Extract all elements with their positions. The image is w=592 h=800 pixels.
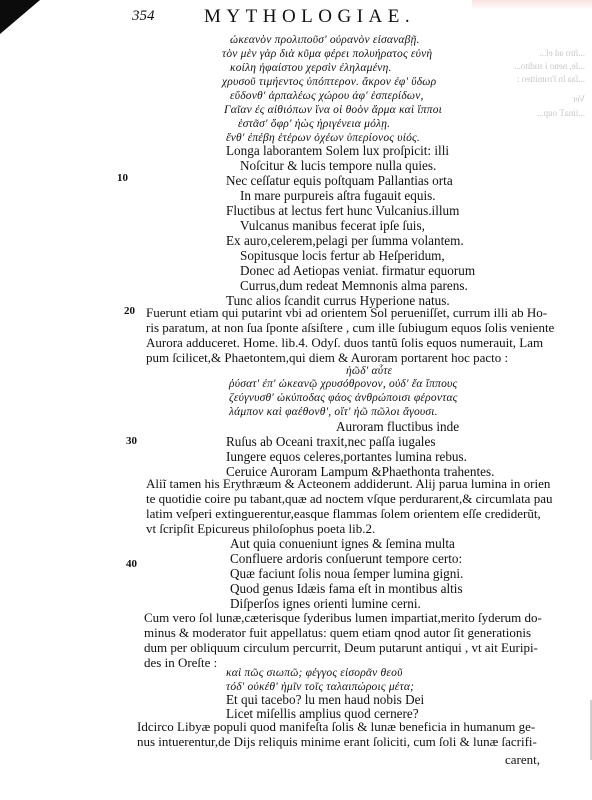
text-line: ῥύσατ' ἐπ' ὠκεανῷ χρυσόθρονον, οὐδ' ἔα ἵ… xyxy=(229,377,457,392)
text-line: κοίλη ἡφαίστου χερσὶν ἐληλαμένη. xyxy=(230,61,392,76)
bleed-through-text: ...ſtro ad eſ... xyxy=(445,48,585,58)
text-line: ὠκεανὸν προλιποῦσ' οὐρανὸν εἰσαναβῇ. xyxy=(230,33,420,48)
bleed-through-text: ...iinaT oup... xyxy=(445,108,585,118)
text-line: Donec ad Aetiopas veniat. firmatur equor… xyxy=(240,263,475,278)
text-line: latim veſperi extinguerentur,easque flam… xyxy=(146,506,541,521)
text-line: Noſcitur & lucis tempore nulla quies. xyxy=(240,158,436,173)
text-line: εὕδονθ' ἁρπαλέως χώρου ἀφ' ἑσπερίδων, xyxy=(230,89,424,104)
text-line: ἑστᾶσ' ὄφρ' ἠὼς ἠριγένεια μόλῃ. xyxy=(238,117,390,132)
text-line: minus & moderator fuit appellatus: quem … xyxy=(144,625,531,640)
text-line: Sopitusque locis fertur ab Heſperidum, xyxy=(240,248,445,263)
bleed-through-text: Ver xyxy=(445,94,585,104)
text-line: Aliĩ tamen his Erythræum & Acteonem addi… xyxy=(146,476,550,491)
catchword: carent, xyxy=(505,752,540,767)
text-line: Quod genus Idæis fama eſt in montibus al… xyxy=(230,581,463,596)
margin-line-number: 30 xyxy=(126,435,137,447)
text-line: pum ſcilicet,& Phaetontem,qui diem & Aur… xyxy=(146,350,508,365)
text-line: ris paratum, at non ſua ſponte aſsiſtere… xyxy=(146,320,554,335)
text-line: Cum vero ſol lunæ,cæterisque ſyderibus l… xyxy=(144,610,542,625)
text-line: des in Oreſte : xyxy=(144,655,217,670)
text-line: ζεύγνυσθ' ὠκύποδας φάος ἀνθρώποισι φέρον… xyxy=(229,391,458,406)
text-line: dum per obliquum circulum percurrit, Deu… xyxy=(144,640,538,655)
text-line: te quotidie coire pu tabant,quæ ad nocte… xyxy=(146,491,552,506)
margin-line-number: 40 xyxy=(126,558,137,570)
text-line: In mare purpureis aſtra fugauit equis. xyxy=(240,188,436,203)
text-line: Diſperſos ignes orienti lumine cerni. xyxy=(230,596,421,611)
scan-shadow-corner xyxy=(0,0,40,34)
text-line: Idcirco Libyæ populi quod manifeſta ſoli… xyxy=(137,719,535,734)
bleed-through-text: ...ſaa ln l'romitteo : xyxy=(445,74,585,84)
text-line: Auroram fluctibus inde xyxy=(336,419,459,434)
text-line: τὸν μὲν γὰρ διὰ κῦμα φέρει πολυήρατος εὐ… xyxy=(222,47,432,62)
text-line: Ruſus ab Oceani traxit,nec paſſa iugales xyxy=(226,434,435,449)
text-line: Aurora adduceret. Home. lib.4. Odyſ. duo… xyxy=(146,335,543,350)
text-line: Fluctibus at lectus fert hunc Vulcanius.… xyxy=(226,203,459,218)
text-line: καὶ πῶς σιωπῶ; φέγγος εἰσορᾶν θεοῦ xyxy=(226,666,403,681)
text-line: Fuerunt etiam qui putarint vbi ad orient… xyxy=(146,305,547,320)
bleed-through-text: ...ſe, neno i sudito... xyxy=(445,61,585,71)
page-number: 354 xyxy=(132,8,155,25)
text-line: nus intuerentur,de Dijs reliquis minime … xyxy=(137,734,537,749)
margin-line-number: 20 xyxy=(124,305,135,317)
text-line: Et qui tacebo? lu men haud nobis Dei xyxy=(226,692,424,707)
text-line: Γαῖαν ἐς αἰθιόπων ἵνα οἱ θοὸν ἅρμα καὶ ἵ… xyxy=(224,103,442,118)
running-head: MYTHOLOGIAE. xyxy=(204,6,415,28)
margin-line-number: 10 xyxy=(117,172,128,184)
text-line: vt ſcripſit Epicureus philoſophus poeta … xyxy=(146,521,375,536)
text-line: λάμπον καὶ φαέθονθ', οἵτ' ἠῶ πῶλοι ἄγουσ… xyxy=(229,405,438,420)
page-header: 354 MYTHOLOGIAE. xyxy=(132,6,532,30)
text-line: Currus,dum redeat Memnonis alma parens. xyxy=(240,278,468,293)
text-line: Vulcanus manibus fecerat ipſe ſuis, xyxy=(240,218,425,233)
text-line: Confluere ardoris conſuerunt tempore cer… xyxy=(230,551,462,566)
text-line: Longa laborantem Solem lux proſpicit: il… xyxy=(226,143,449,158)
text-line: χρυσοῦ τιμήεντος ὑπόπτερον. ἄκρον ἐφ' ὕδ… xyxy=(222,75,436,90)
text-line: Ex auro,celerem,pelagi per ſumma volante… xyxy=(226,233,464,248)
text-line: Aut quia conueniunt ignes & ſemina multa xyxy=(230,536,455,551)
text-line: Nec ceſſatur equis poſtquam Pallantias o… xyxy=(226,173,453,188)
text-line: Quæ faciunt ſolis noua ſemper lumina gig… xyxy=(230,566,463,581)
text-line: Iungere equos celeres,portantes lumina r… xyxy=(226,449,467,464)
